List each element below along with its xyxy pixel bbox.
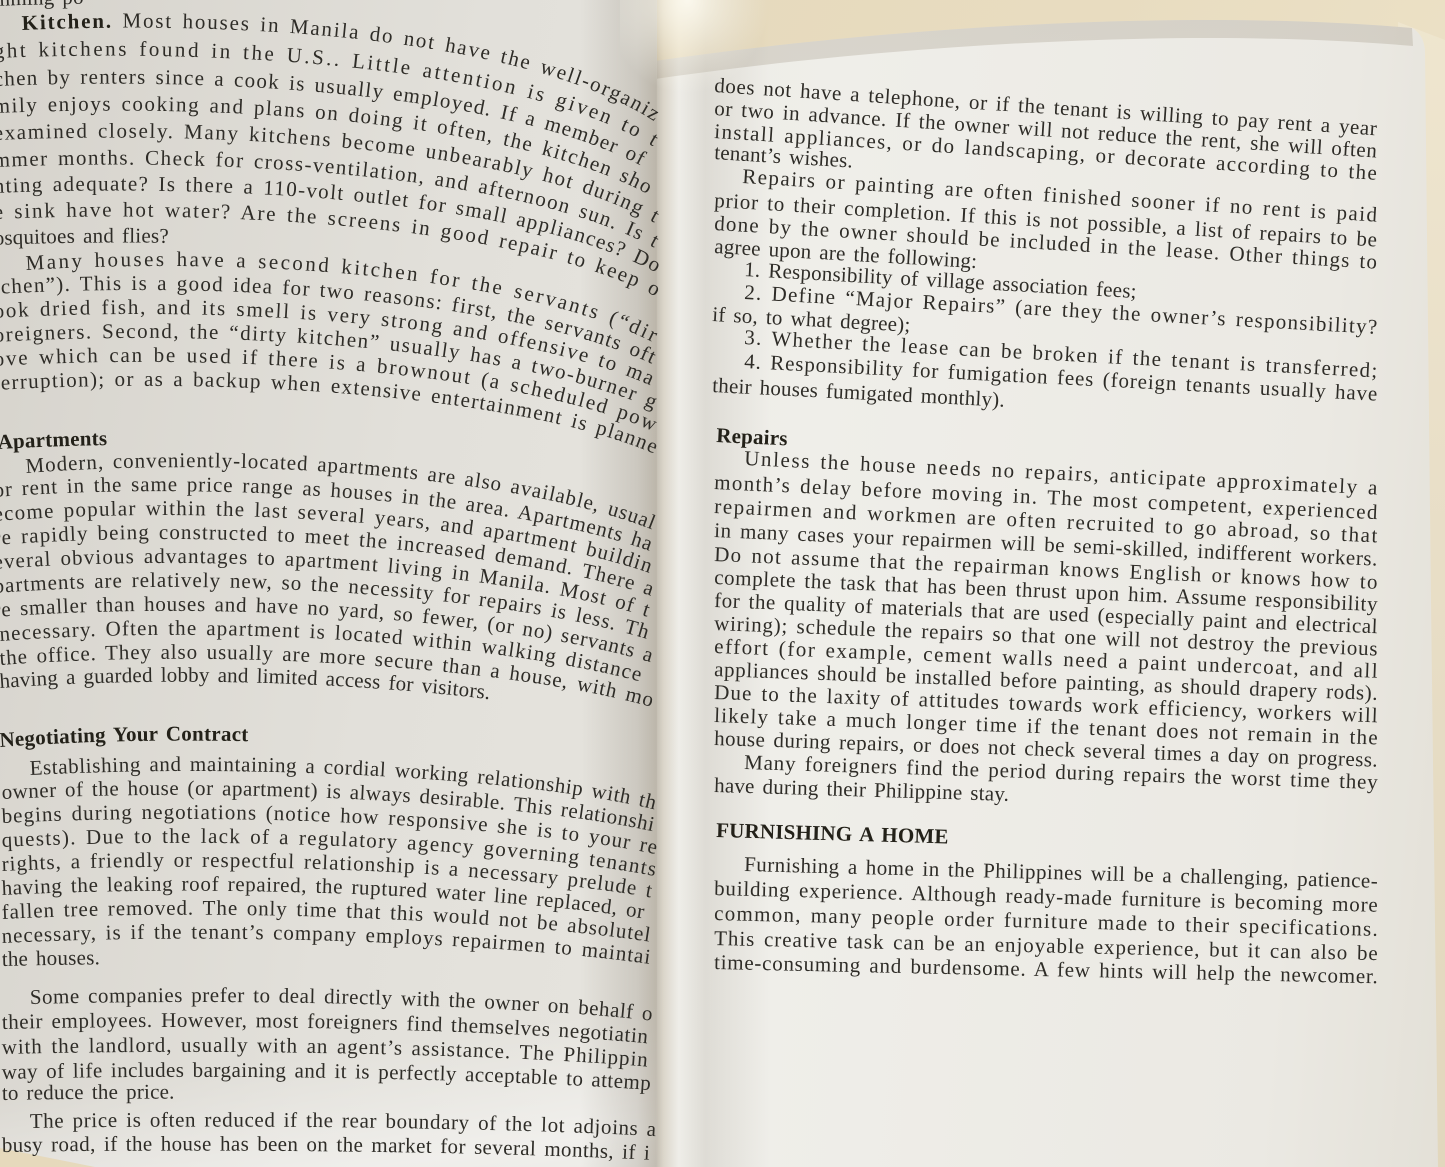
text-line: mming po: [0, 0, 84, 11]
text-line: downpayment. Although a delivery date is…: [0, 0, 639, 5]
text-line: not delivered on the due date unless the…: [0, 0, 612, 5]
text-line: that all specifications, etc., are writt…: [0, 0, 623, 5]
text-line: has been kiln-dried. Check the measureme…: [0, 0, 630, 5]
open-book-photo: mming poKitchen. Most houses in Manila d…: [0, 0, 1445, 1167]
text-line: the houses.: [2, 945, 101, 971]
text-line: Before buying or ordering, shop around. …: [0, 0, 582, 5]
text-line: construction. If wooden furniture is to …: [0, 0, 616, 5]
heading-line: Apartments: [0, 426, 107, 454]
text-line: than standard U.S. size (or than what ha…: [0, 0, 628, 5]
heading-line: FURNISHING A HOME: [716, 818, 949, 849]
heading-line: Repairs: [716, 423, 789, 450]
text-line: osquitoes and flies?: [0, 223, 169, 250]
text-line: to reduce the price.: [2, 1080, 175, 1105]
printed-text-layer: mming poKitchen. Most houses in Manila d…: [0, 0, 1445, 1167]
text-line: for the same product. Ask about the qual…: [0, 0, 608, 5]
left-page-text: mming poKitchen. Most houses in Manila d…: [0, 0, 665, 1165]
heading-line: Negotiating Your Contract: [0, 722, 249, 752]
